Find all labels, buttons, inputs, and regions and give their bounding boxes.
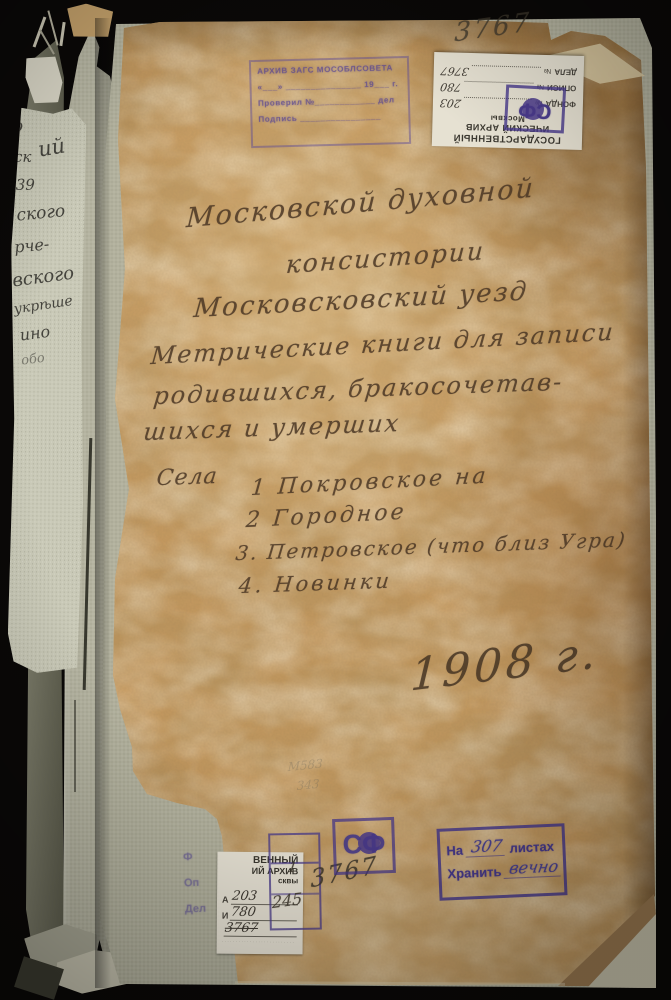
spine-text-fragment: ского	[16, 201, 66, 226]
spine-text-fragment: о	[12, 116, 23, 137]
label-fine-print: ··························	[222, 939, 298, 945]
opis-label-fragment: И	[222, 911, 229, 921]
spine-text-fragment: ий	[36, 133, 67, 161]
spine-text-fragment: ино	[19, 322, 52, 345]
ink-blot	[358, 832, 380, 854]
stamp-line: Подпись ________________	[258, 111, 402, 124]
delo-value: 3767	[440, 64, 470, 78]
dotted-line	[472, 65, 541, 76]
villages-label: Села	[155, 464, 219, 491]
spine-text-fragment: 39	[16, 176, 35, 194]
stamp-word-hranit: Хранить	[447, 864, 502, 881]
frayed-thread	[47, 10, 58, 45]
archival-book-photo: о ск ий 39 ского рче- вского укрѣше ино …	[0, 0, 671, 1000]
spine-text-fragment: вского	[11, 263, 75, 292]
spine-shadow	[95, 18, 111, 988]
spine-crack	[74, 700, 76, 792]
stamp-line: Проверил №____________ дел	[258, 95, 402, 108]
stamp-word-na: На	[446, 843, 463, 859]
faint-stamp-line: Дел	[184, 896, 206, 923]
fond-value: 203	[439, 96, 462, 109]
frayed-thread	[59, 22, 65, 46]
pages-count-value: 307	[465, 836, 507, 858]
fond-label-fragment: А	[222, 895, 229, 905]
archive-name-line: ГОСУДАРСТВЕННЫЙ	[439, 131, 575, 146]
keep-duration-value: вечно	[504, 856, 564, 879]
faint-stamp-line: Ф	[183, 844, 205, 871]
faint-stamp-line: Оп	[184, 870, 206, 897]
pages-count-stamp: На 307 листах Хранить вечно	[436, 823, 567, 901]
pencil-mark: 343	[297, 777, 320, 794]
spine-text-fragment: обо	[20, 351, 45, 369]
faint-stamp-column: Ф Оп Дел	[183, 844, 207, 923]
stamp-line: АРХИВ ЗАГС МОСОБЛСОВЕТА	[257, 63, 401, 76]
ink-blot	[522, 98, 544, 120]
zags-archive-stamp: АРХИВ ЗАГС МОСОБЛСОВЕТА «___» __________…	[249, 56, 411, 148]
opis-value: 780	[439, 80, 462, 93]
spine-text-fragment: ск	[14, 148, 32, 166]
spine-text-fragment: рче-	[13, 234, 50, 256]
stamp-line: «___» _______________ 19___ г.	[257, 79, 401, 92]
stamp-word-listah: листах	[509, 839, 554, 856]
delo-label: ДЕЛА	[554, 67, 577, 77]
delo-row: ДЕЛА № 3767	[441, 64, 577, 81]
number-sign: №	[544, 67, 552, 74]
spine-text-fragment: укрѣше	[13, 293, 74, 318]
spine-handwritten-strip: о ск ий 39 ского рче- вского укрѣше ино …	[8, 108, 87, 674]
